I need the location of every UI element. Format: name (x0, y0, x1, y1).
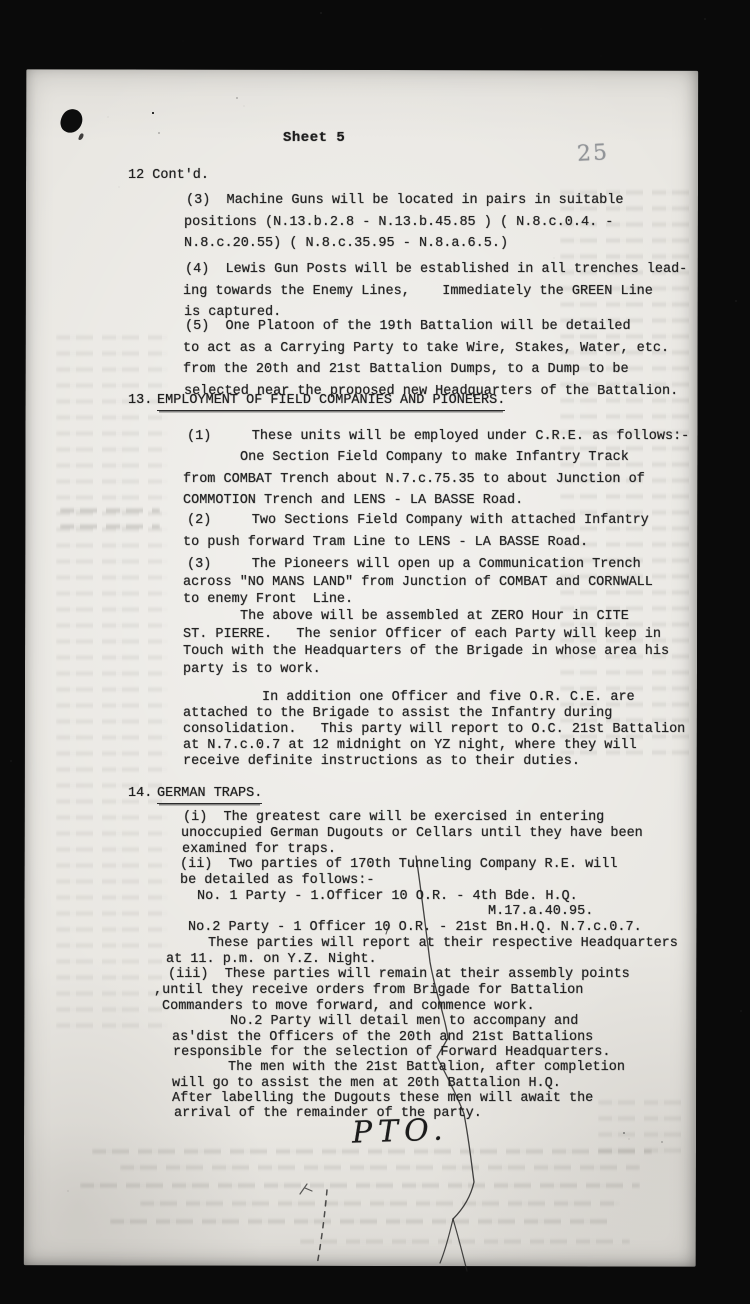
crease-marks (0, 0, 750, 1304)
document-scan: Sheet 5 25 12 Cont'd. 13. EMPLOYMENT OF … (0, 0, 750, 1304)
